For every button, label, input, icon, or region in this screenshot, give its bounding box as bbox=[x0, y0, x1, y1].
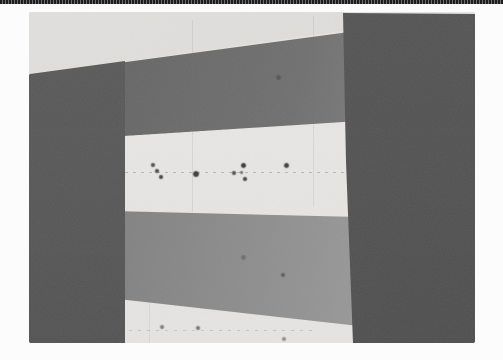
paint-dot bbox=[196, 326, 200, 330]
paint-dot bbox=[284, 163, 289, 168]
paint-dot bbox=[160, 325, 164, 329]
paint-dot bbox=[232, 171, 236, 175]
paint-dot bbox=[159, 175, 163, 179]
paint-dot bbox=[282, 337, 286, 341]
seam-line bbox=[313, 16, 314, 206]
paint-dot bbox=[240, 171, 243, 174]
paint-dot bbox=[241, 163, 246, 168]
photograph bbox=[29, 12, 475, 343]
paint-dot bbox=[241, 255, 246, 260]
page-background bbox=[0, 0, 503, 360]
seam-line bbox=[149, 302, 150, 343]
paint-dot bbox=[276, 75, 281, 80]
scan-edge-artifact bbox=[0, 0, 503, 4]
paint-dot bbox=[151, 163, 155, 167]
dashed-guideline bbox=[129, 330, 314, 331]
paint-dot bbox=[155, 169, 159, 173]
seam-line bbox=[192, 20, 193, 212]
paint-dot bbox=[281, 273, 285, 277]
paint-dot bbox=[193, 171, 199, 177]
paint-dot bbox=[243, 177, 247, 181]
